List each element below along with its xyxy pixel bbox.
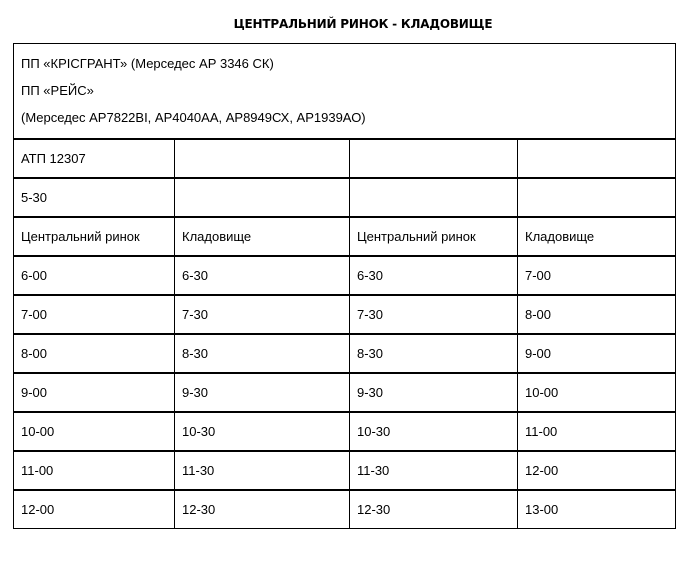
table-cell: 13-00 xyxy=(518,490,676,529)
table-cell: 9-30 xyxy=(175,373,350,412)
table-cell: 6-00 xyxy=(14,256,175,295)
table-cell: 8-30 xyxy=(175,334,350,373)
table-cell: 7-30 xyxy=(175,295,350,334)
table-cell: 8-30 xyxy=(350,334,518,373)
table-row: 8-00 8-30 8-30 9-00 xyxy=(14,334,676,373)
table-row: 10-00 10-30 10-30 11-00 xyxy=(14,412,676,451)
table-cell: 12-30 xyxy=(175,490,350,529)
table-row: 6-00 6-30 6-30 7-00 xyxy=(14,256,676,295)
table-cell: 11-30 xyxy=(350,451,518,490)
table-cell: 11-00 xyxy=(14,451,175,490)
table-cell: 6-30 xyxy=(175,256,350,295)
table-cell xyxy=(518,139,676,178)
table-cell: 8-00 xyxy=(518,295,676,334)
table-cell: 12-00 xyxy=(518,451,676,490)
table-cell: 10-00 xyxy=(518,373,676,412)
table-cell: 11-30 xyxy=(175,451,350,490)
table-cell xyxy=(175,139,350,178)
carrier-line: ПП «КРІСГРАНТ» (Мерседес АР 3346 СК) xyxy=(21,50,675,77)
table-cell: 11-00 xyxy=(518,412,676,451)
table-cell xyxy=(518,178,676,217)
table-cell: 9-30 xyxy=(350,373,518,412)
table-cell: АТП 12307 xyxy=(14,139,175,178)
table-cell: 9-00 xyxy=(14,373,175,412)
table-cell: 7-00 xyxy=(518,256,676,295)
table-cell: 8-00 xyxy=(14,334,175,373)
column-header: Кладовище xyxy=(175,217,350,256)
column-header-row: Центральний ринок Кладовище Центральний … xyxy=(14,217,676,256)
table-cell: 10-30 xyxy=(350,412,518,451)
page-title: ЦЕНТРАЛЬНИЙ РИНОК - КЛАДОВИЩЕ xyxy=(0,16,691,32)
column-header: Центральний ринок xyxy=(350,217,518,256)
table-cell xyxy=(350,139,518,178)
table-row: 9-00 9-30 9-30 10-00 xyxy=(14,373,676,412)
table-row: 11-00 11-30 11-30 12-00 xyxy=(14,451,676,490)
schedule-table: ПП «КРІСГРАНТ» (Мерседес АР 3346 СК) ПП … xyxy=(13,43,676,529)
carrier-line: (Мерседес АР7822ВІ, АР4040АА, АР8949СХ, … xyxy=(21,104,675,131)
column-header: Кладовище xyxy=(518,217,676,256)
table-row: 12-00 12-30 12-30 13-00 xyxy=(14,490,676,529)
table-cell: 5-30 xyxy=(14,178,175,217)
table-cell xyxy=(350,178,518,217)
carriers-row: ПП «КРІСГРАНТ» (Мерседес АР 3346 СК) ПП … xyxy=(14,44,676,139)
info-row-depot: АТП 12307 xyxy=(14,139,676,178)
table-cell: 9-00 xyxy=(518,334,676,373)
table-cell: 7-00 xyxy=(14,295,175,334)
table-cell: 7-30 xyxy=(350,295,518,334)
carriers-cell: ПП «КРІСГРАНТ» (Мерседес АР 3346 СК) ПП … xyxy=(14,44,676,139)
table-row: 7-00 7-30 7-30 8-00 xyxy=(14,295,676,334)
table-cell: 10-30 xyxy=(175,412,350,451)
table-cell: 12-30 xyxy=(350,490,518,529)
table-cell: 12-00 xyxy=(14,490,175,529)
column-header: Центральний ринок xyxy=(14,217,175,256)
carrier-line: ПП «РЕЙС» xyxy=(21,77,675,104)
table-cell: 6-30 xyxy=(350,256,518,295)
table-cell: 10-00 xyxy=(14,412,175,451)
info-row-start-time: 5-30 xyxy=(14,178,676,217)
table-cell xyxy=(175,178,350,217)
